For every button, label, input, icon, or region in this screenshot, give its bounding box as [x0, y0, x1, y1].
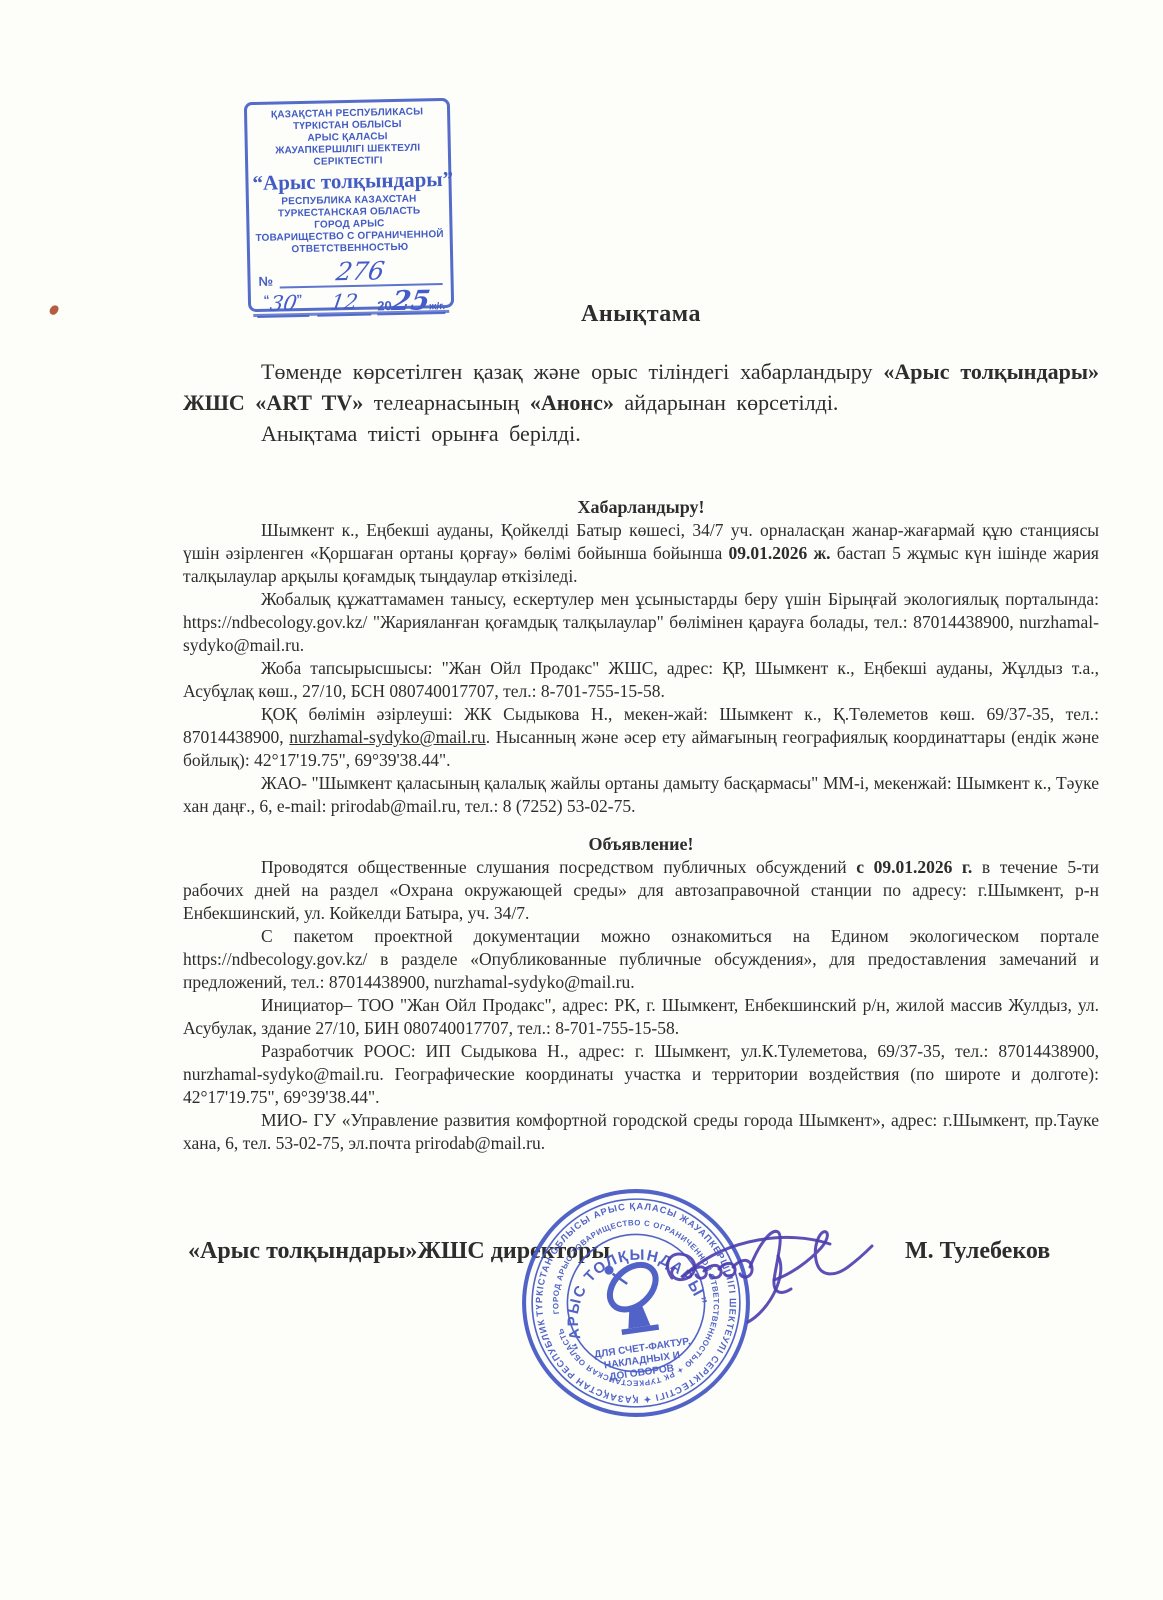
paragraph: ҚОҚ бөлімін әзірлеуші: ЖК Сыдыкова Н., м…: [183, 703, 1099, 772]
text-segment: Төменде көрсетілген қазақ және орыс тілі…: [261, 359, 883, 384]
text-segment: телеарнасының: [363, 390, 530, 415]
director-name: М. Тулебеков: [905, 1238, 1050, 1265]
number-sign: №: [258, 274, 273, 289]
stamp-lines-ru: РЕСПУБЛИКА КАЗАХСТАН ТУРКЕСТАНСКАЯ ОБЛАС…: [253, 193, 446, 257]
text-segment-bold: 09.01.2026 ж.: [729, 543, 831, 563]
intro-paragraph: Төменде көрсетілген қазақ және орыс тілі…: [183, 356, 1099, 418]
ink-speck: [48, 304, 59, 316]
email-underlined: nurzhamal-sydyko@mail.ru: [289, 727, 485, 747]
paragraph: С пакетом проектной документации можно о…: [183, 925, 1099, 994]
paragraph: Инициатор– ТОО "Жан Ойл Продакс", адрес:…: [183, 994, 1099, 1040]
paragraph: ЖАО- "Шымкент қаласының қалалық жайлы ор…: [183, 772, 1099, 818]
paragraph: Разработчик РООС: ИП Сыдыкова Н., адрес:…: [183, 1040, 1099, 1109]
document-body: Анықтама Төменде көрсетілген қазақ және …: [183, 300, 1099, 1155]
director-signature: [658, 1222, 893, 1337]
paragraph: Жобалық құжаттамамен танысу, ескертулер …: [183, 588, 1099, 657]
text-segment: Проводятся общественные слушания посредс…: [261, 857, 856, 877]
paragraph: Шымкент к., Еңбекші ауданы, Қойкелді Бат…: [183, 519, 1099, 588]
paragraph: Жоба тапсырысшысы: "Жан Ойл Продакс" ЖШС…: [183, 657, 1099, 703]
company-rect-stamp: ҚАЗАҚСТАН РЕСПУБЛИКАСЫ ТҮРКІСТАН ОБЛЫСЫ …: [244, 98, 454, 312]
paragraph: МИО- ГУ «Управление развития комфортной …: [183, 1109, 1099, 1155]
text-segment: айдарынан көрсетілді.: [614, 390, 839, 415]
intro-paragraph: Анықтама тиісті орынға берілді.: [183, 418, 1099, 449]
section-heading-ru: Объявление!: [183, 832, 1099, 856]
stamp-number-row: № 276: [254, 259, 447, 289]
text-segment-bold: «Анонс»: [530, 390, 614, 415]
handwritten-number: 276: [335, 260, 386, 283]
text-segment-bold: с 09.01.2026 г.: [856, 857, 972, 877]
paragraph: Проводятся общественные слушания посредс…: [183, 856, 1099, 925]
section-heading-kz: Хабарландыру!: [183, 495, 1099, 519]
document-title: Анықтама: [183, 300, 1099, 328]
document-page: ҚАЗАҚСТАН РЕСПУБЛИКАСЫ ТҮРКІСТАН ОБЛЫСЫ …: [0, 0, 1163, 1600]
stamp-org-name: “Арыс толқындары”: [252, 167, 444, 196]
stamp-lines-kk: ҚАЗАҚСТАН РЕСПУБЛИКАСЫ ТҮРКІСТАН ОБЛЫСЫ …: [251, 106, 444, 170]
